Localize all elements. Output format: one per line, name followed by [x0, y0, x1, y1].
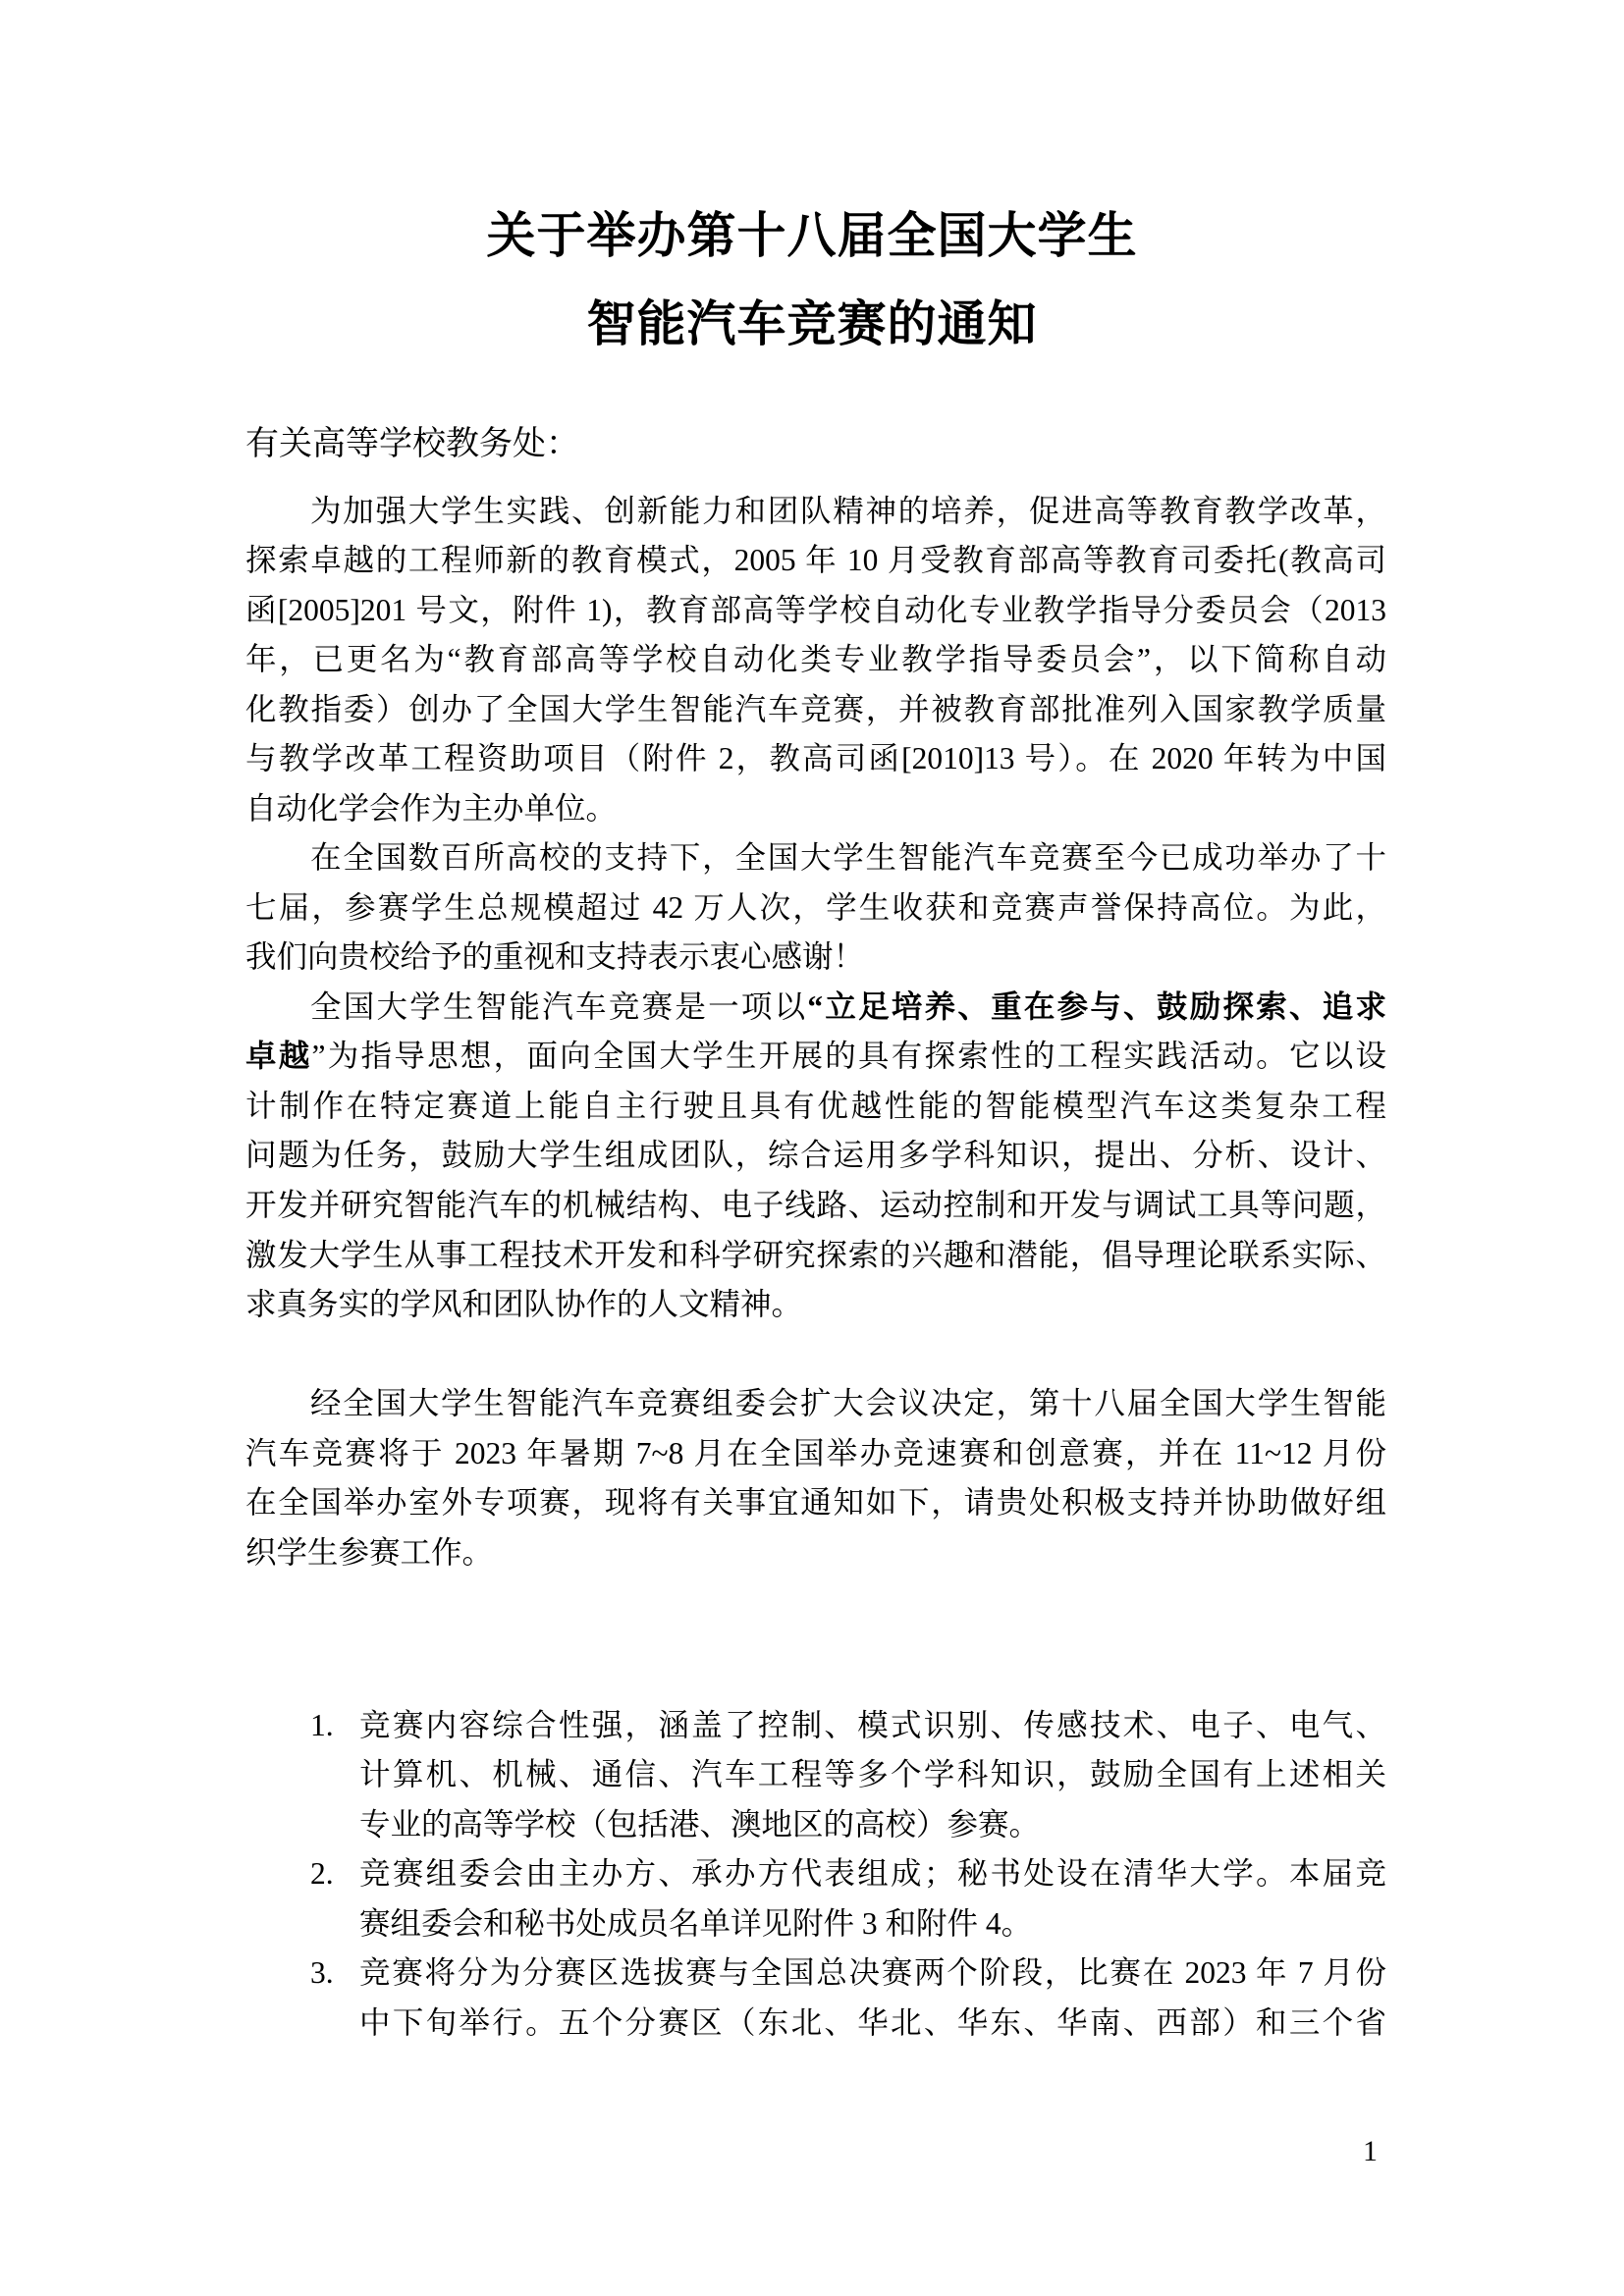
text-line: 全国大学生智能汽车竞赛是一项以“立足培养、重在参与、鼓励探索、追求	[310, 983, 1386, 1032]
text-line: 求真务实的学风和团队协作的人文精神。	[245, 1280, 1386, 1329]
text-line: 汽车竞赛将于 2023 年暑期 7~8 月在全国举办竞速赛和创意赛，并在 11~…	[245, 1429, 1386, 1478]
text-line: 卓越”为指导思想，面向全国大学生开展的具有探索性的工程实践活动。它以设	[245, 1032, 1386, 1081]
text-line: 自动化学会作为主办单位。	[245, 784, 1386, 833]
guiding-principle-bold: “立足培养、重在参与、鼓励探索、追求	[807, 989, 1386, 1024]
title-line-2: 智能汽车竞赛的通知	[0, 294, 1624, 353]
text-line: 开发并研究智能汽车的机械结构、电子线路、运动控制和开发与调试工具等问题，	[245, 1181, 1386, 1230]
text-line: 竞赛将分为分赛区选拔赛与全国总决赛两个阶段，比赛在 2023 年 7 月份	[359, 1949, 1386, 1998]
text-line: 织学生参赛工作。	[245, 1528, 1386, 1577]
text-line: 在全国举办室外专项赛，现将有关事宜通知如下，请贵处积极支持并协助做好组	[245, 1478, 1386, 1527]
text-line: 计制作在特定赛道上能自主行驶且具有优越性能的智能模型汽车这类复杂工程	[245, 1082, 1386, 1131]
text-line: 在全国数百所高校的支持下，全国大学生智能汽车竞赛至今已成功举办了十	[310, 833, 1386, 882]
text-line: 赛组委会和秘书处成员名单详见附件 3 和附件 4。	[359, 1899, 1386, 1949]
text-line: 专业的高等学校（包括港、澳地区的高校）参赛。	[359, 1800, 1386, 1849]
page-number: 1	[1363, 2132, 1378, 2171]
list-number: 1.	[310, 1701, 355, 1750]
text-line: 计算机、机械、通信、汽车工程等多个学科知识，鼓励全国有上述相关	[359, 1750, 1386, 1799]
text-line: 化教指委）创办了全国大学生智能汽车竞赛，并被教育部批准列入国家教学质量	[245, 685, 1386, 734]
title-line-1: 关于举办第十八届全国大学生	[0, 206, 1624, 265]
text-line: 探索卓越的工程师新的教育模式，2005 年 10 月受教育部高等教育司委托(教高…	[245, 536, 1386, 585]
text-line: 函[2005]201 号文，附件 1)，教育部高等学校自动化专业教学指导分委员会…	[245, 586, 1386, 635]
text-run: ”为指导思想，面向全国大学生开展的具有探索性的工程实践活动。它以设	[312, 1039, 1386, 1073]
text-line: 激发大学生从事工程技术开发和科学研究探索的兴趣和潜能，倡导理论联系实际、	[245, 1231, 1386, 1280]
text-run: 全国大学生智能汽车竞赛是一项以	[310, 989, 807, 1024]
text-line: 竞赛内容综合性强，涵盖了控制、模式识别、传感技术、电子、电气、	[359, 1701, 1386, 1750]
text-line: 问题为任务，鼓励大学生组成团队，综合运用多学科知识，提出、分析、设计、	[245, 1131, 1386, 1180]
salutation: 有关高等学校教务处：	[245, 418, 579, 469]
text-line: 经全国大学生智能汽车竞赛组委会扩大会议决定，第十八届全国大学生智能	[310, 1379, 1386, 1428]
text-line: 年，已更名为“教育部高等学校自动化类专业教学指导委员会”，以下简称自动	[245, 635, 1386, 684]
document-page: 关于举办第十八届全国大学生 智能汽车竞赛的通知 有关高等学校教务处： 为加强大学…	[0, 0, 1624, 2296]
text-line: 七届，参赛学生总规模超过 42 万人次，学生收获和竞赛声誉保持高位。为此，	[245, 883, 1386, 933]
guiding-principle-bold: 卓越	[245, 1039, 312, 1073]
list-number: 2.	[310, 1849, 355, 1898]
text-line: 为加强大学生实践、创新能力和团队精神的培养，促进高等教育教学改革，	[310, 487, 1386, 536]
text-line: 中下旬举行。五个分赛区（东北、华北、华东、华南、西部）和三个省	[359, 1999, 1386, 2048]
text-line: 竞赛组委会由主办方、承办方代表组成；秘书处设在清华大学。本届竞	[359, 1849, 1386, 1898]
list-number: 3.	[310, 1949, 355, 1998]
text-line: 我们向贵校给予的重视和支持表示衷心感谢！	[245, 933, 1386, 982]
text-line: 与教学改革工程资助项目（附件 2，教高司函[2010]13 号）。在 2020 …	[245, 734, 1386, 783]
